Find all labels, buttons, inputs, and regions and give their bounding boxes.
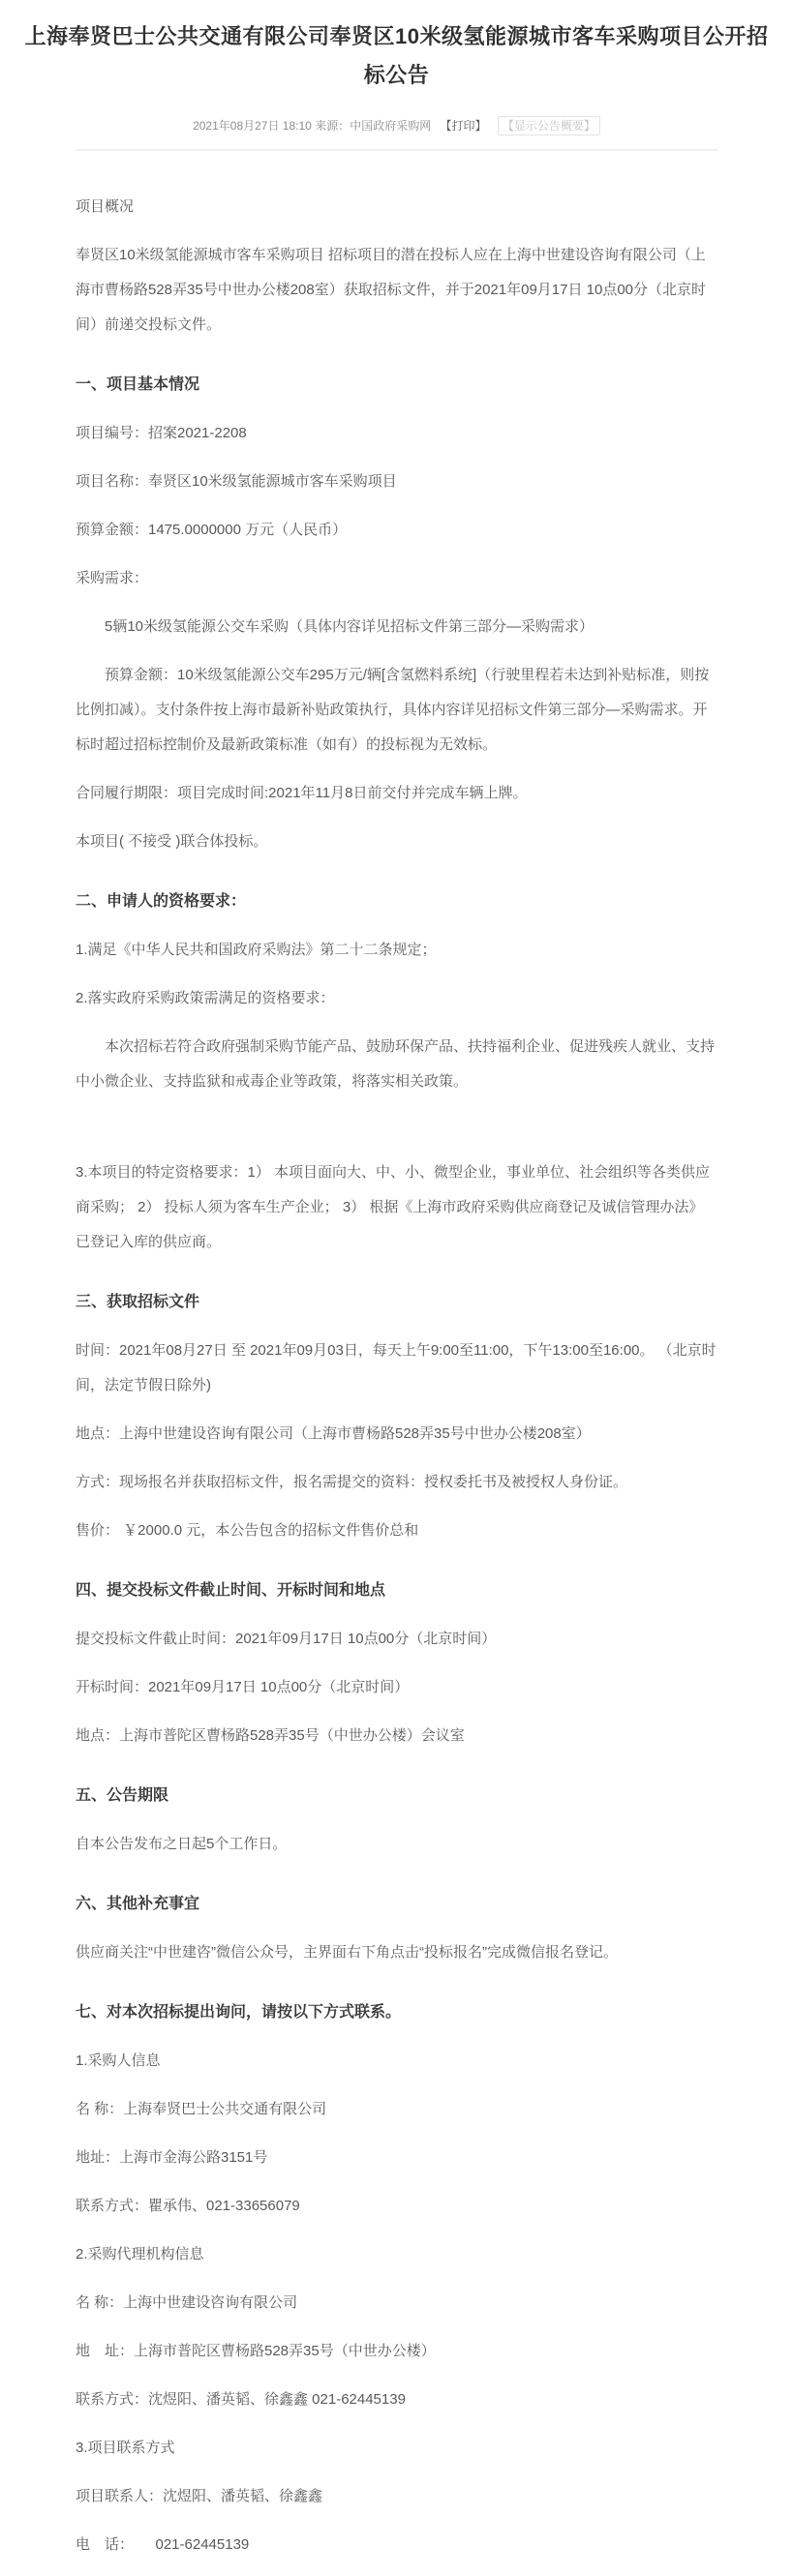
paragraph: 联系方式：瞿承伟、021-33656079	[76, 2189, 717, 2224]
paragraph: 地点：上海市普陀区曹杨路528弄35号（中世办公楼）会议室	[76, 1719, 717, 1753]
paragraph: 开标时间：2021年09月17日 10点00分（北京时间）	[76, 1670, 717, 1705]
paragraph: 地址：上海市金海公路3151号	[76, 2141, 717, 2175]
article-body: 项目概况奉贤区10米级氢能源城市客车采购项目 招标项目的潜在投标人应在上海中世建…	[76, 151, 717, 2562]
paragraph: 联系方式：沈煜阳、潘英韬、徐鑫鑫 021-62445139	[76, 2382, 717, 2417]
paragraph: 供应商关注“中世建咨”微信公众号，主界面右下角点击“投标报名”完成微信报名登记。	[76, 1935, 717, 1970]
meta-line: 2021年08月27日 18:10 来源：中国政府采购网 【打印】 【显示公告概…	[0, 116, 793, 135]
paragraph: 时间：2021年08月27日 至 2021年09月03日，每天上午9:00至11…	[76, 1333, 717, 1403]
paragraph: 方式：现场报名并获取招标文件，报名需提交的资料：授权委托书及被授权人身份证。	[76, 1465, 717, 1500]
paragraph: 名 称：上海奉贤巴士公共交通有限公司	[76, 2092, 717, 2127]
paragraph: 1.采购人信息	[76, 2044, 717, 2079]
source-label: 来源：中国政府采购网	[315, 119, 431, 133]
show-summary-button[interactable]: 【显示公告概要】	[498, 116, 600, 135]
paragraph: 3.项目联系方式	[76, 2431, 717, 2466]
page-title: 上海奉贤巴士公共交通有限公司奉贤区10米级氢能源城市客车采购项目公开招标公告	[17, 17, 776, 95]
paragraph: 售价： ￥2000.0 元，本公告包含的招标文件售价总和	[76, 1513, 717, 1548]
paragraph: 预算金额：1475.0000000 万元（人民币）	[76, 513, 717, 548]
paragraph: 项目联系人：沈煜阳、潘英韬、徐鑫鑫	[76, 2479, 717, 2514]
section-heading: 二、申请人的资格要求：	[76, 884, 717, 919]
section-heading: 五、公告期限	[76, 1779, 717, 1813]
paragraph: 地点：上海中世建设咨询有限公司（上海市曹杨路528弄35号中世办公楼208室）	[76, 1417, 717, 1452]
publish-datetime: 2021年08月27日 18:10	[193, 119, 312, 133]
print-button[interactable]: 【打印】	[441, 119, 487, 133]
paragraph: 预算金额：10米级氢能源公交车295万元/辆[含氢燃料系统]（行驶里程若未达到补…	[76, 658, 717, 763]
section-heading: 七、对本次招标提出询问，请按以下方式联系。	[76, 1995, 717, 2030]
section-heading: 一、项目基本情况	[76, 368, 717, 403]
paragraph: 提交投标文件截止时间：2021年09月17日 10点00分（北京时间）	[76, 1622, 717, 1657]
paragraph: 项目名称：奉贤区10米级氢能源城市客车采购项目	[76, 464, 717, 499]
section-heading: 六、其他补充事宜	[76, 1887, 717, 1922]
paragraph: 本项目( 不接受 )联合体投标。	[76, 824, 717, 859]
paragraph: 地 址：上海市普陀区曹杨路528弄35号（中世办公楼）	[76, 2334, 717, 2369]
announcement-page: 上海奉贤巴士公共交通有限公司奉贤区10米级氢能源城市客车采购项目公开招标公告 2…	[0, 0, 793, 2562]
paragraph: 本次招标若符合政府强制采购节能产品、鼓励环保产品、扶持福利企业、促进残疾人就业、…	[76, 1030, 717, 1099]
paragraph: 电 话： 021-62445139	[76, 2528, 717, 2562]
paragraph: 奉贤区10米级氢能源城市客车采购项目 招标项目的潜在投标人应在上海中世建设咨询有…	[76, 238, 717, 343]
section-heading: 三、获取招标文件	[76, 1285, 717, 1320]
paragraph: 2.落实政府采购政策需满足的资格要求：	[76, 981, 717, 1016]
paragraph: 合同履行期限：项目完成时间:2021年11月8日前交付并完成车辆上牌。	[76, 776, 717, 811]
paragraph: 2.采购代理机构信息	[76, 2237, 717, 2272]
paragraph: 3.本项目的特定资格要求：1） 本项目面向大、中、小、微型企业，事业单位、社会组…	[76, 1155, 717, 1260]
paragraph: 项目编号：招案2021-2208	[76, 416, 717, 451]
paragraph: 名 称：上海中世建设咨询有限公司	[76, 2286, 717, 2321]
paragraph: 采购需求：	[76, 561, 717, 596]
paragraph: 项目概况	[76, 190, 717, 225]
paragraph: 5辆10米级氢能源公交车采购（具体内容详见招标文件第三部分—采购需求）	[76, 610, 717, 644]
paragraph: 自本公告发布之日起5个工作日。	[76, 1827, 717, 1862]
section-heading: 四、提交投标文件截止时间、开标时间和地点	[76, 1573, 717, 1608]
paragraph: 1.满足《中华人民共和国政府采购法》第二十二条规定；	[76, 933, 717, 968]
